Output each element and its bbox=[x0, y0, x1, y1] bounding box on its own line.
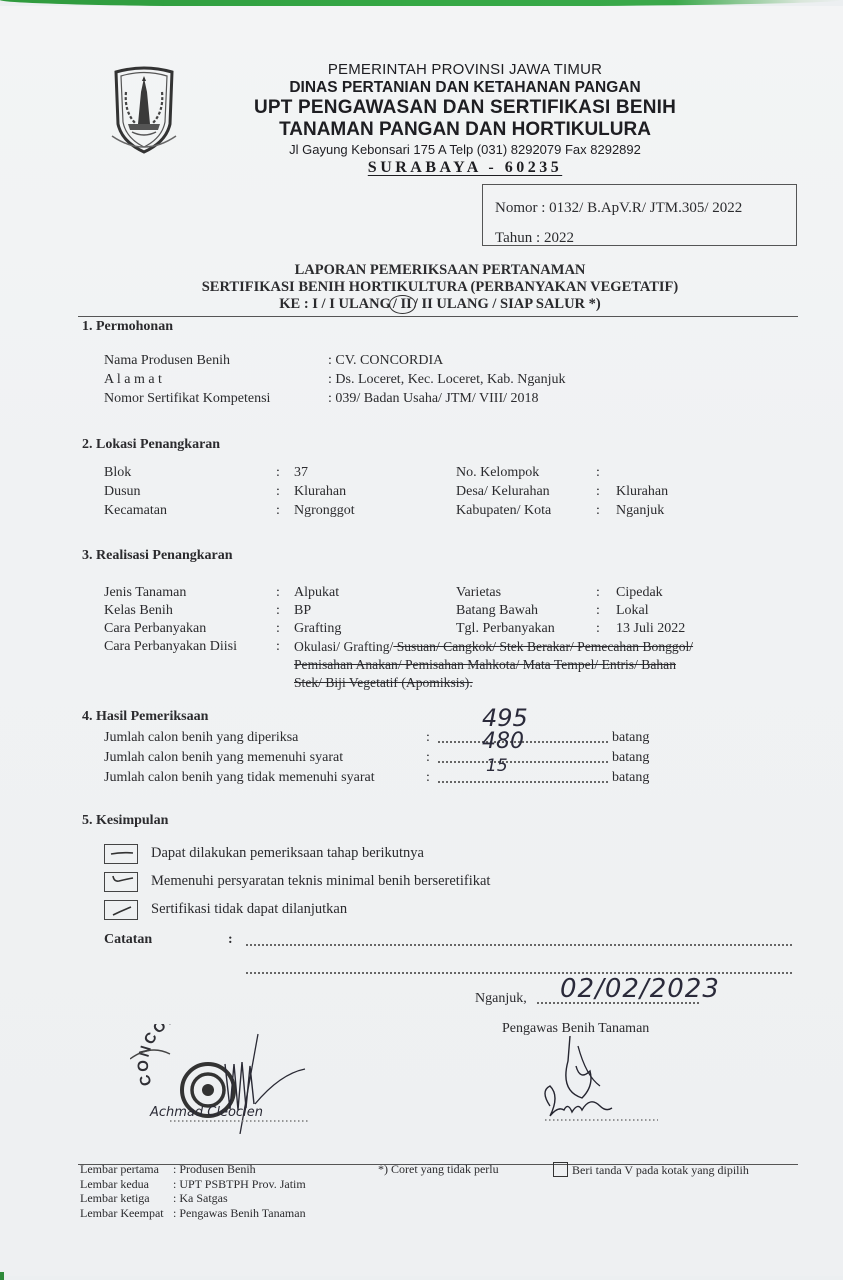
checkbox-meets-requirements[interactable] bbox=[104, 872, 138, 892]
letterhead-city: SURABAYA - 60235 bbox=[200, 158, 730, 178]
field-label: Kelas Benih bbox=[104, 603, 173, 618]
field-row: Nomor Sertifikat Kompetensi : 039/ Badan… bbox=[104, 390, 270, 409]
letterhead-agency: DINAS PERTANIAN DAN KETAHANAN PANGAN bbox=[200, 79, 730, 97]
unit-label: batang bbox=[612, 729, 649, 747]
letterhead: PEMERINTAH PROVINSI JAWA TIMUR DINAS PER… bbox=[200, 61, 730, 178]
letterhead-address: Jl Gayung Kebonsari 175 A Telp (031) 829… bbox=[200, 141, 730, 158]
field-value: : 039/ Badan Usaha/ JTM/ VIII/ 2018 bbox=[328, 390, 539, 408]
struck-methods: Stek/ Biji Vegetatif (Apomiksis). bbox=[294, 674, 693, 692]
field-value: Ngronggot bbox=[294, 502, 355, 520]
title-divider bbox=[78, 316, 798, 317]
field-value: : CV. CONCORDIA bbox=[328, 352, 443, 370]
option-label: Sertifikasi tidak dapat dilanjutkan bbox=[151, 900, 347, 918]
dash-mark-icon bbox=[105, 845, 139, 865]
svg-text:CONCORDIA: CONCORDIA bbox=[135, 1024, 214, 1088]
title-line-1: LAPORAN PEMERIKSAAN PERTANAMAN bbox=[150, 262, 730, 279]
title-line-2: SERTIFIKASI BENIH HORTIKULTURA (PERBANYA… bbox=[150, 279, 730, 296]
result-label: Jumlah calon benih yang diperiksa bbox=[104, 730, 298, 745]
result-label: Jumlah calon benih yang memenuhi syarat bbox=[104, 750, 343, 765]
selected-stage-circle: / II bbox=[389, 295, 416, 314]
section-2-body: Blok : 37 No. Kelompok : Dusun : Kluraha… bbox=[104, 464, 724, 521]
field-label: Desa/ Kelurahan bbox=[456, 483, 550, 501]
stage-options-suffix: / II ULANG / SIAP SALUR *) bbox=[414, 296, 601, 312]
option-label: Memenuhi persyaratan teknis minimal beni… bbox=[151, 872, 490, 890]
field-value: Klurahan bbox=[616, 483, 668, 501]
propagation-methods-list: Okulasi/ Grafting/ Susuan/ Cangkok/ Stek… bbox=[294, 638, 693, 692]
notes-label: Catatan bbox=[104, 932, 152, 948]
handwritten-count: 15 bbox=[486, 757, 508, 775]
result-row: Jumlah calon benih yang diperiksa : 495 … bbox=[104, 729, 664, 749]
section-3-body: Jenis Tanaman : Alpukat Varietas : Ciped… bbox=[104, 584, 804, 692]
field-value: Grafting bbox=[294, 620, 341, 638]
result-label: Jumlah calon benih yang tidak memenuhi s… bbox=[104, 770, 375, 785]
section-1-heading: 1. Permohonan bbox=[82, 319, 173, 335]
field-row: Cara Perbanyakan : Grafting Tgl. Perbany… bbox=[104, 620, 804, 638]
section-5-heading: 5. Kesimpulan bbox=[82, 813, 168, 829]
field-label: Kecamatan bbox=[104, 503, 167, 518]
unit-label: batang bbox=[612, 769, 649, 787]
field-label: Tgl. Perbanyakan bbox=[456, 620, 555, 638]
title-line-3: KE : I / I ULANG/ II/ II ULANG / SIAP SA… bbox=[150, 296, 730, 313]
stage-options-prefix: KE : I / I ULANG bbox=[279, 296, 391, 312]
distribution-item: Lembar Keempat: Pengawas Benih Tanaman bbox=[80, 1206, 340, 1221]
field-label: Jenis Tanaman bbox=[104, 585, 186, 600]
distribution-item: Lembar ketiga: Ka Satgas bbox=[80, 1191, 340, 1206]
field-label: Dusun bbox=[104, 484, 141, 499]
field-value: Lokal bbox=[616, 602, 649, 620]
field-label: A l a m a t bbox=[104, 372, 162, 387]
field-row: Blok : 37 No. Kelompok : bbox=[104, 464, 724, 483]
field-label: No. Kelompok bbox=[456, 464, 539, 482]
nomor-value: 0132/ B.ApV.R/ JTM.305/ 2022 bbox=[549, 200, 742, 216]
slash-mark-icon bbox=[105, 901, 139, 921]
coat-of-arms-logo-icon bbox=[108, 62, 180, 158]
handwritten-count: 495 bbox=[482, 709, 528, 727]
section-3-heading: 3. Realisasi Penangkaran bbox=[82, 548, 233, 564]
section-1-body: Nama Produsen Benih : CV. CONCORDIA A l … bbox=[104, 352, 270, 409]
nomor-label: Nomor bbox=[495, 200, 538, 216]
inspector-signature bbox=[520, 1036, 670, 1131]
field-label: Nama Produsen Benih bbox=[104, 353, 230, 368]
field-value: Alpukat bbox=[294, 584, 339, 602]
section-4-heading: 4. Hasil Pemeriksaan bbox=[82, 709, 208, 725]
letterhead-province: PEMERINTAH PROVINSI JAWA TIMUR bbox=[200, 61, 730, 79]
field-value: : Ds. Loceret, Kec. Loceret, Kab. Nganju… bbox=[328, 371, 566, 389]
section-2-heading: 2. Lokasi Penangkaran bbox=[82, 437, 220, 453]
checkbox-next-stage[interactable] bbox=[104, 844, 138, 864]
stamp-text: CONCORDIA bbox=[135, 1024, 214, 1088]
signing-place: Nganjuk, bbox=[475, 990, 527, 1008]
field-value: Klurahan bbox=[294, 483, 346, 501]
letterhead-unit-2: TANAMAN PANGAN DAN HORTIKULURA bbox=[200, 119, 730, 141]
applicant-signature-text: Achmad Cleoclen bbox=[149, 1105, 263, 1120]
selected-methods: Okulasi/ Grafting/ bbox=[294, 639, 393, 654]
field-row: Nama Produsen Benih : CV. CONCORDIA bbox=[104, 352, 270, 371]
unit-label: batang bbox=[612, 749, 649, 767]
field-value: 13 Juli 2022 bbox=[616, 620, 685, 638]
field-value: Cipedak bbox=[616, 584, 663, 602]
field-label: Cara Perbanyakan Diisi bbox=[104, 639, 237, 654]
tahun-label: Tahun bbox=[495, 230, 532, 246]
notes-line-1[interactable] bbox=[246, 944, 792, 946]
green-corner bbox=[0, 1272, 4, 1280]
check-note: Beri tanda V pada kotak yang dipilih bbox=[553, 1162, 749, 1178]
handwritten-count: 480 bbox=[482, 733, 524, 751]
field-row: Kelas Benih : BP Batang Bawah : Lokal bbox=[104, 602, 804, 620]
section-4-body: Jumlah calon benih yang diperiksa : 495 … bbox=[104, 729, 664, 789]
field-label: Blok bbox=[104, 465, 131, 480]
field-label: Kabupaten/ Kota bbox=[456, 502, 551, 520]
empty-checkbox-icon bbox=[553, 1162, 568, 1177]
handwritten-date: 02/02/2023 bbox=[560, 974, 720, 1004]
company-stamp-and-signature: CONCORDIA Achmad Cleoclen bbox=[130, 1024, 330, 1134]
field-label: Nomor Sertifikat Kompetensi bbox=[104, 391, 270, 406]
field-value: 37 bbox=[294, 464, 308, 482]
field-row: Dusun : Klurahan Desa/ Kelurahan : Klura… bbox=[104, 483, 724, 502]
field-label: Batang Bawah bbox=[456, 602, 538, 620]
field-row: Jenis Tanaman : Alpukat Varietas : Ciped… bbox=[104, 584, 804, 602]
field-row: A l a m a t : Ds. Loceret, Kec. Loceret,… bbox=[104, 371, 270, 390]
distribution-item: Lembar pertama: Produsen Benih bbox=[80, 1162, 340, 1177]
check-mark-icon bbox=[105, 873, 139, 893]
result-row: Jumlah calon benih yang tidak memenuhi s… bbox=[104, 769, 664, 789]
field-value: Nganjuk bbox=[616, 502, 664, 520]
struck-methods: Susuan/ Cangkok/ Stek Berakar/ Pemecahan… bbox=[393, 639, 693, 654]
distribution-item: Lembar kedua: UPT PSBTPH Prov. Jatim bbox=[80, 1177, 340, 1192]
field-label: Varietas bbox=[456, 584, 501, 602]
tahun-value: 2022 bbox=[544, 230, 574, 246]
field-value: BP bbox=[294, 602, 311, 620]
report-title: LAPORAN PEMERIKSAAN PERTANAMAN SERTIFIKA… bbox=[150, 262, 730, 313]
checkbox-cannot-continue[interactable] bbox=[104, 900, 138, 920]
document-page: PEMERINTAH PROVINSI JAWA TIMUR DINAS PER… bbox=[0, 6, 843, 1276]
distribution-list: Lembar pertama: Produsen Benih Lembar ke… bbox=[80, 1162, 340, 1220]
option-label: Dapat dilakukan pemeriksaan tahap beriku… bbox=[151, 844, 424, 862]
result-row: Jumlah calon benih yang memenuhi syarat … bbox=[104, 749, 664, 769]
letterhead-unit: UPT PENGAWASAN DAN SERTIFIKASI BENIH bbox=[200, 97, 730, 119]
struck-methods: Pemisahan Anakan/ Pemisahan Mahkota/ Mat… bbox=[294, 656, 693, 674]
reference-number-box: Nomor : 0132/ B.ApV.R/ JTM.305/ 2022 Tah… bbox=[482, 184, 797, 246]
strike-note: *) Coret yang tidak perlu bbox=[378, 1162, 499, 1177]
propagation-methods-row: Cara Perbanyakan Diisi : Okulasi/ Grafti… bbox=[104, 638, 804, 692]
field-label: Cara Perbanyakan bbox=[104, 621, 206, 636]
field-row: Kecamatan : Ngronggot Kabupaten/ Kota : … bbox=[104, 502, 724, 521]
